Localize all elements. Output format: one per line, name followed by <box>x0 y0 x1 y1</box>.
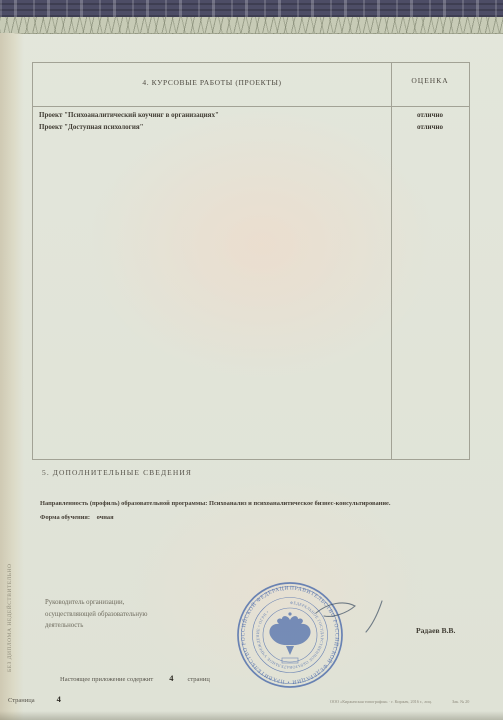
study-form-label: Форма обучения: <box>40 514 90 521</box>
signatory-name: Радаев В.В. <box>416 626 455 635</box>
page-label: Страница <box>8 697 35 704</box>
supplement-pages-statement: Настоящее приложение содержит4страниц <box>60 673 210 683</box>
print-order-number: Зак. № 20 <box>452 699 469 704</box>
printer-imprint: ООО «Киржачская типография» · г. Киржач,… <box>330 699 432 704</box>
page-number-line: Страница4 <box>8 694 61 704</box>
contains-label: Настоящее приложение содержит <box>60 676 153 683</box>
study-form-value: очная <box>97 514 114 521</box>
page-bottom-shadow <box>0 711 503 720</box>
program-profile-label: Направленность (профиль) образовательной… <box>40 500 207 507</box>
page-number: 4 <box>57 694 61 704</box>
coursework-section-title: 4. КУРСОВЫЕ РАБОТЫ (ПРОЕКТЫ) <box>33 78 391 87</box>
contains-count: 4 <box>169 673 173 683</box>
coursework-grade: отлично <box>391 123 469 131</box>
signatory-role: Руководитель организации, осуществляющей… <box>45 597 147 632</box>
void-without-diploma-text: БЕЗ ДИПЛОМА НЕДЕЙСТВИТЕЛЬНО <box>2 538 18 698</box>
signatory-role-line: осуществляющей образовательную <box>45 609 147 621</box>
guilloche-border-dark <box>0 0 503 17</box>
guilloche-border-light <box>0 17 503 34</box>
signatory-role-line: Руководитель организации, <box>45 597 147 609</box>
coursework-table: 4. КУРСОВЫЕ РАБОТЫ (ПРОЕКТЫ) ОЦЕНКА Прое… <box>32 62 470 460</box>
study-form-line: Форма обучения: очная <box>40 514 114 521</box>
signatory-role-line: деятельность <box>45 620 147 632</box>
coursework-title: Проект "Психоаналитический коучинг в орг… <box>39 111 387 119</box>
handwritten-signature <box>300 585 420 655</box>
program-profile-line: Направленность (профиль) образовательной… <box>40 500 470 507</box>
coursework-table-header-row: 4. КУРСОВЫЕ РАБОТЫ (ПРОЕКТЫ) ОЦЕНКА <box>33 63 469 107</box>
program-profile-value: Психоанализ и психоаналитическое бизнес-… <box>209 500 390 507</box>
coursework-grade: отлично <box>391 111 469 119</box>
table-row: Проект "Доступная психология" отлично <box>33 123 469 135</box>
coursework-title: Проект "Доступная психология" <box>39 123 387 131</box>
grade-column-header: ОЦЕНКА <box>391 76 469 85</box>
additional-info-heading: 5. ДОПОЛНИТЕЛЬНЫЕ СВЕДЕНИЯ <box>42 468 192 477</box>
diploma-supplement-page: БЕЗ ДИПЛОМА НЕДЕЙСТВИТЕЛЬНО 4. КУРСОВЫЕ … <box>0 0 503 720</box>
table-row: Проект "Психоаналитический коучинг в орг… <box>33 111 469 123</box>
contains-suffix: страниц <box>187 676 209 683</box>
